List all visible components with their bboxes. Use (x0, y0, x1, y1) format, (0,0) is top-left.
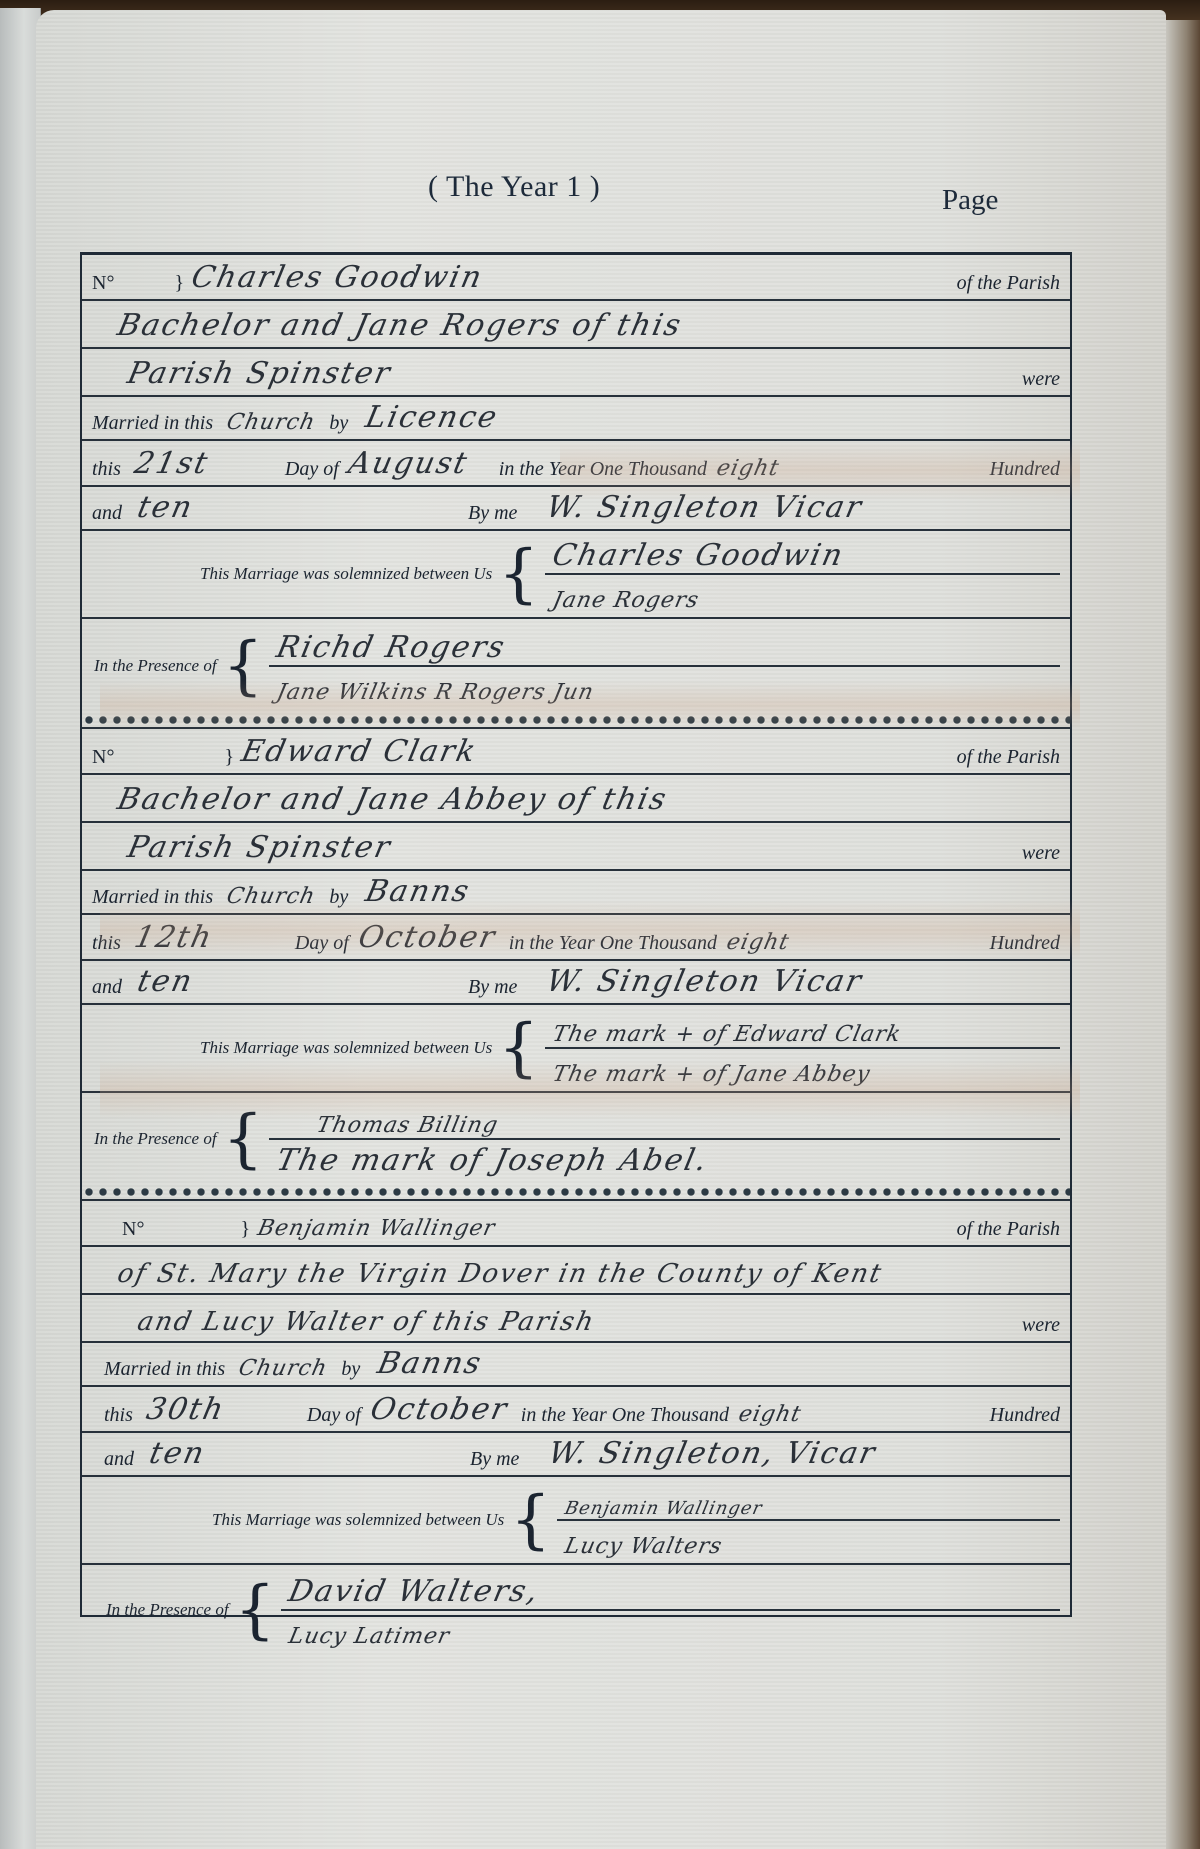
this-label: this (92, 458, 121, 481)
signature-line: The mark + of Edward Clark (545, 1009, 1060, 1049)
brace-icon: } (174, 272, 184, 295)
witness-line: David Walters, (281, 1571, 1060, 1611)
year-label: in the Year One Thousand (509, 932, 717, 955)
officiant-signature: W. Singleton, Vicar (546, 1436, 880, 1471)
day-value: 30th (143, 1392, 310, 1427)
were-label: were (1022, 368, 1060, 391)
entry-witness-block: In the Presence of { Richd Rogers Jane W… (82, 619, 1070, 713)
entry-groom-row: N° } Edward Clark of the Parish (82, 729, 1070, 775)
year-word-1: eight (724, 930, 791, 955)
status-line: Bachelor and Jane Abbey of this (114, 782, 671, 817)
by-label: by (329, 412, 348, 435)
by-label: by (341, 1358, 360, 1381)
presence-label: In the Presence of (94, 1129, 217, 1149)
place-type: Church (236, 1356, 330, 1381)
year-word-2: ten (146, 1436, 473, 1471)
entry-officiant-row: and ten By me W. Singleton, Vicar (82, 1433, 1070, 1477)
ornamental-divider (82, 713, 1070, 729)
were-label: were (1022, 1314, 1060, 1337)
witness-line: Thomas Billing (269, 1100, 1060, 1140)
presence-label: In the Presence of (106, 1600, 229, 1620)
year-word-1: eight (714, 456, 781, 481)
entry-married-row: Married in this Church by Licence (82, 397, 1070, 441)
number-label: N° (92, 272, 114, 295)
were-label: were (1022, 842, 1060, 865)
groom-signature: Charles Goodwin (549, 538, 847, 573)
year-word-1: eight (736, 1402, 803, 1427)
year-word-2: ten (134, 490, 471, 525)
by-me-label: By me (468, 502, 517, 525)
brace-icon: { (498, 1016, 539, 1080)
by-label: by (329, 886, 348, 909)
page-number-label: Page (942, 184, 998, 217)
signature-line: Charles Goodwin (545, 535, 1060, 575)
marriage-entry-3: N° } Benjamin Wallinger of the Parish of… (82, 1201, 1070, 1655)
month-value: October (367, 1392, 524, 1427)
day-value: 12th (131, 920, 298, 955)
entry-married-row: Married in this Church by Banns (82, 871, 1070, 915)
bride-parish-line: Parish Spinster (124, 830, 395, 865)
witness-line: Lucy Latimer (281, 1611, 1060, 1649)
entry-parish-row: Parish Spinster were (82, 823, 1070, 871)
year-word-2: ten (134, 964, 471, 999)
hundred-label: Hundred (990, 932, 1060, 955)
witness-2: Jane Wilkins R Rogers Jun (275, 680, 597, 705)
marriage-entry-2: N° } Edward Clark of the Parish Bachelor… (82, 729, 1070, 1185)
this-label: this (104, 1404, 133, 1427)
brace-icon: { (498, 542, 539, 606)
by-means: Banns (374, 1346, 485, 1381)
hundred-label: Hundred (990, 1404, 1060, 1427)
signature-line: Jane Rogers (545, 575, 1060, 613)
marriage-entry-1: N° } Charles Goodwin of the Parish Bache… (82, 255, 1070, 713)
month-value: October (355, 920, 512, 955)
groom-name: Edward Clark (238, 734, 480, 769)
witness-line: Jane Wilkins R Rogers Jun (269, 667, 1060, 705)
entry-witness-block: In the Presence of { Thomas Billing The … (82, 1093, 1070, 1185)
brace-icon: } (224, 746, 234, 769)
year-label: in the Year One Thousand (499, 458, 707, 481)
brace-icon: { (510, 1488, 551, 1552)
entry-status-row: of St. Mary the Virgin Dover in the Coun… (82, 1247, 1070, 1295)
day-of-label: Day of (307, 1404, 361, 1427)
page-stack-edge (1166, 20, 1200, 1849)
entry-status-row: Bachelor and Jane Abbey of this (82, 775, 1070, 823)
bride-signature: Lucy Walters (562, 1534, 724, 1559)
day-value: 21st (131, 446, 288, 481)
entry-groom-row: N° } Benjamin Wallinger of the Parish (82, 1201, 1070, 1247)
running-head: ( The Year 1 ) Page (0, 170, 1200, 210)
groom-signature: Benjamin Wallinger (563, 1498, 765, 1519)
year-label: in the Year One Thousand (521, 1404, 729, 1427)
brace-icon: } (240, 1218, 250, 1241)
bride-signature: The mark + of Jane Abbey (550, 1062, 872, 1087)
bride-parish-line: Parish Spinster (124, 356, 395, 391)
marriage-register-table: N° } Charles Goodwin of the Parish Bache… (80, 252, 1072, 1617)
entry-parish-row: Parish Spinster were (82, 349, 1070, 397)
of-the-parish-label: of the Parish (957, 272, 1060, 295)
brace-icon: { (235, 1578, 276, 1642)
signature-line: The mark + of Jane Abbey (545, 1049, 1060, 1087)
witness-2: The mark of Joseph Abel. (274, 1143, 712, 1178)
groom-name: Benjamin Wallinger (255, 1216, 497, 1241)
brace-icon: { (223, 634, 264, 698)
bride-signature: Jane Rogers (550, 588, 701, 613)
ornamental-divider (82, 1185, 1070, 1201)
married-in-this-label: Married in this (92, 886, 213, 909)
of-the-parish-label: of the Parish (957, 1218, 1060, 1241)
married-in-this-label: Married in this (92, 412, 213, 435)
by-means: Licence (362, 400, 501, 435)
witness-signatures: David Walters, Lucy Latimer (281, 1571, 1060, 1649)
witness-line: The mark of Joseph Abel. (269, 1140, 1060, 1178)
solemnized-label: This Marriage was solemnized between Us (200, 564, 492, 584)
witness-signatures: Richd Rogers Jane Wilkins R Rogers Jun (269, 627, 1060, 705)
officiant-signature: W. Singleton Vicar (544, 964, 867, 999)
status-line: of St. Mary the Virgin Dover in the Coun… (115, 1259, 886, 1289)
signature-line: Lucy Walters (557, 1521, 1060, 1559)
witness-2: Lucy Latimer (287, 1624, 453, 1649)
and-label: and (92, 976, 122, 999)
witness-line: Richd Rogers (269, 627, 1060, 667)
by-me-label: By me (468, 976, 517, 999)
presence-label: In the Presence of (94, 656, 217, 676)
entry-officiant-row: and ten By me W. Singleton Vicar (82, 961, 1070, 1005)
groom-name: Charles Goodwin (188, 260, 486, 295)
entry-witness-block: In the Presence of { David Walters, Lucy… (82, 1565, 1070, 1655)
place-type: Church (224, 884, 318, 909)
day-of-label: Day of (285, 458, 339, 481)
solemnized-label: This Marriage was solemnized between Us (212, 1510, 504, 1530)
entry-parish-row: and Lucy Walter of this Parish were (82, 1295, 1070, 1343)
witness-1: David Walters, (286, 1574, 543, 1609)
entry-status-row: Bachelor and Jane Rogers of this (82, 301, 1070, 349)
witness-signatures: Thomas Billing The mark of Joseph Abel. (269, 1100, 1060, 1178)
entry-officiant-row: and ten By me W. Singleton Vicar (82, 487, 1070, 531)
brace-icon: { (223, 1107, 264, 1171)
and-label: and (104, 1448, 134, 1471)
number-label: N° (92, 746, 114, 769)
party-signatures: The mark + of Edward Clark The mark + of… (545, 1009, 1060, 1087)
entry-solemnized-block: This Marriage was solemnized between Us … (82, 531, 1070, 619)
day-of-label: Day of (295, 932, 349, 955)
year-heading: ( The Year 1 ) (428, 170, 600, 204)
signature-line: Benjamin Wallinger (557, 1481, 1060, 1521)
and-label: and (92, 502, 122, 525)
number-label: N° (122, 1218, 144, 1241)
entry-solemnized-block: This Marriage was solemnized between Us … (82, 1005, 1070, 1093)
bride-parish-line: and Lucy Walter of this Parish (135, 1307, 598, 1337)
facing-page-edge (0, 8, 41, 1849)
hundred-label: Hundred (990, 458, 1060, 481)
entry-date-row: this 21st Day of August in the Year One … (82, 441, 1070, 487)
month-value: August (345, 446, 502, 481)
witness-1: Richd Rogers (274, 630, 510, 665)
entry-groom-row: N° } Charles Goodwin of the Parish (82, 255, 1070, 301)
groom-signature: The mark + of Edward Clark (550, 1022, 903, 1047)
witness-1: Thomas Billing (315, 1113, 501, 1138)
status-line: Bachelor and Jane Rogers of this (114, 308, 685, 343)
by-me-label: By me (470, 1448, 519, 1471)
officiant-signature: W. Singleton Vicar (544, 490, 867, 525)
party-signatures: Benjamin Wallinger Lucy Walters (557, 1481, 1060, 1559)
this-label: this (92, 932, 121, 955)
entry-married-row: Married in this Church by Banns (82, 1343, 1070, 1387)
party-signatures: Charles Goodwin Jane Rogers (545, 535, 1060, 613)
entry-date-row: this 12th Day of October in the Year One… (82, 915, 1070, 961)
married-in-this-label: Married in this (104, 1358, 225, 1381)
by-means: Banns (362, 874, 473, 909)
solemnized-label: This Marriage was solemnized between Us (200, 1038, 492, 1058)
of-the-parish-label: of the Parish (957, 746, 1060, 769)
entry-date-row: this 30th Day of October in the Year One… (82, 1387, 1070, 1433)
entry-solemnized-block: This Marriage was solemnized between Us … (82, 1477, 1070, 1565)
place-type: Church (224, 410, 318, 435)
